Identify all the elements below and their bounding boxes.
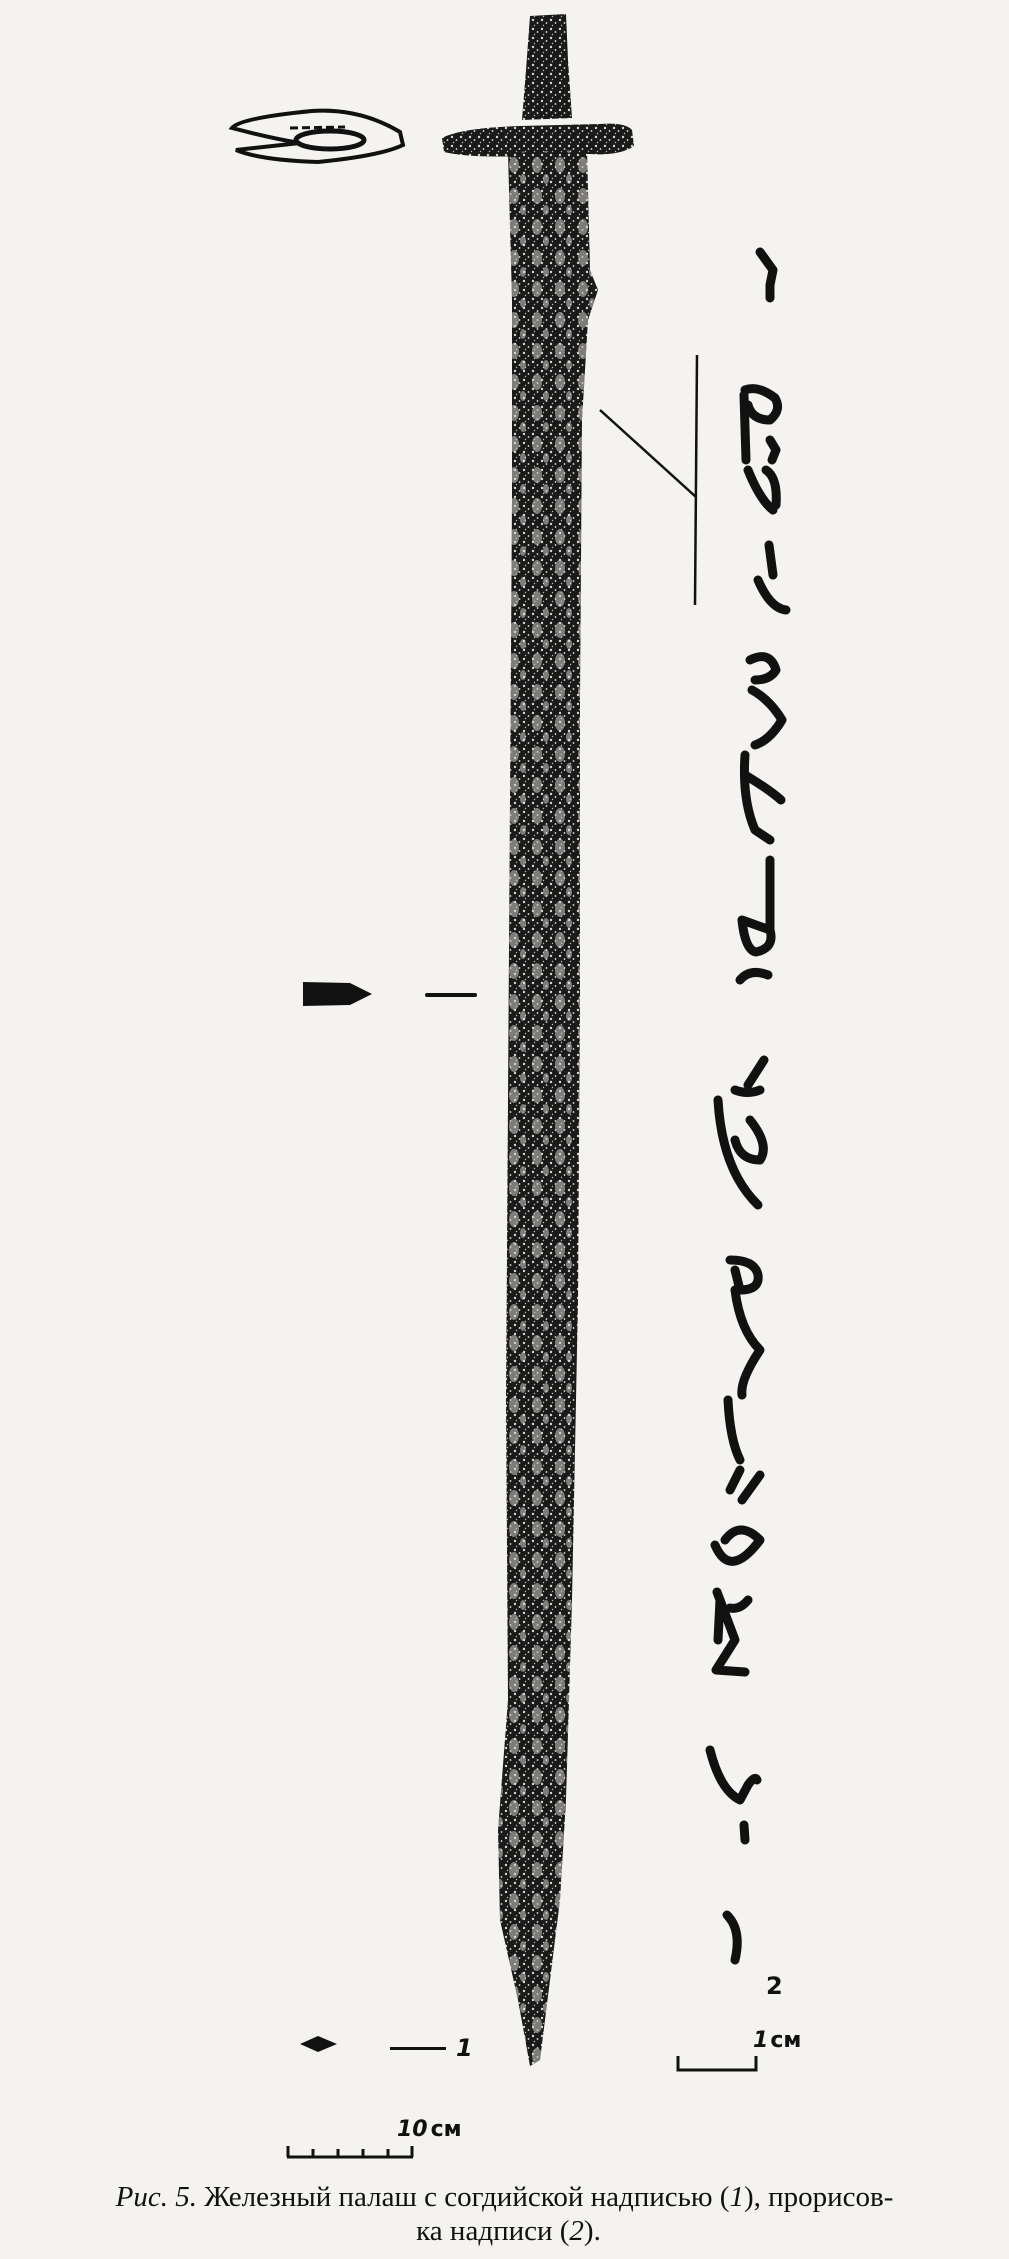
inscription-scale-value: 1 — [753, 2028, 768, 2053]
sword-drawing — [442, 14, 634, 2066]
inscription-scale-label: 1см — [753, 2028, 801, 2053]
caption-text-1: Железный палаш с согдийской надписью ( — [204, 2181, 729, 2213]
caption-ref-2: 2 — [569, 2215, 584, 2247]
sword-part-label: 1 — [456, 2034, 473, 2062]
inscription-scale-bar — [678, 2056, 756, 2070]
caption-line-1: Рис. 5. Железный палаш с согдийской надп… — [0, 2180, 1009, 2214]
blade-crosssection-mid — [303, 982, 477, 1006]
figure-number: Рис. 5. — [116, 2181, 197, 2213]
inscription-scale-unit: см — [770, 2028, 801, 2053]
sword-scale-bar — [287, 2146, 413, 2157]
inscription-part-label: 2 — [766, 1972, 783, 2000]
blade-crosssection-tip — [300, 2036, 446, 2052]
hilt-crosssection-drawing — [232, 111, 403, 162]
sword-scale-label: 10см — [397, 2117, 462, 2142]
figure-caption: Рис. 5. Железный палаш с согдийской надп… — [0, 2180, 1009, 2248]
caption-line-2: ка надписи (2). — [0, 2214, 1009, 2248]
inscription-pointer — [600, 355, 697, 605]
sword-scale-unit: см — [431, 2117, 462, 2142]
caption-ref-1: 1 — [729, 2181, 744, 2213]
figure-illustration: 1 2 10см 1см — [0, 0, 1009, 2160]
caption-text-2: ), прорисов- — [744, 2181, 893, 2213]
sword-scale-value: 10 — [397, 2117, 428, 2142]
caption-text-4: ). — [584, 2215, 601, 2247]
sogdian-inscription-tracing — [710, 252, 786, 1960]
caption-text-3: ка надписи ( — [416, 2215, 569, 2247]
